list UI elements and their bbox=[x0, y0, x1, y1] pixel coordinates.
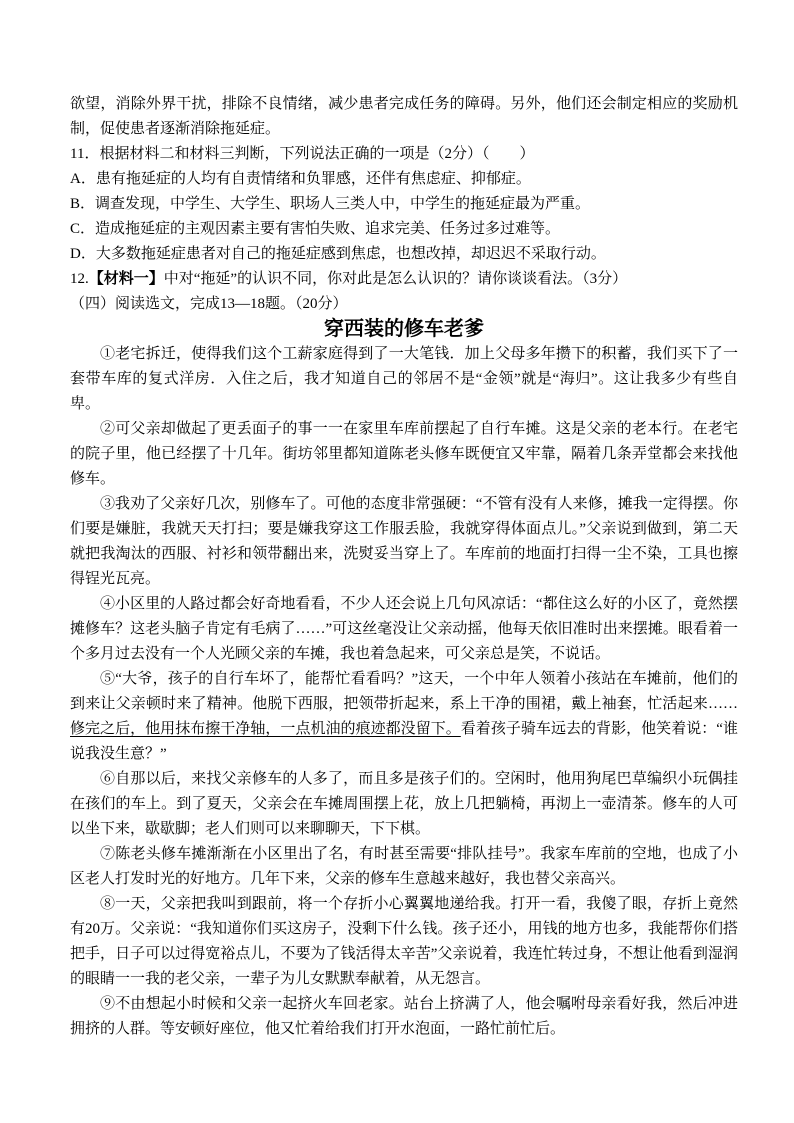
question-11-option-d: D．大多数拖延症患者对自己的拖延症感到焦虑，也想改掉，却迟迟不采取行动。 bbox=[70, 242, 738, 267]
question-11-option-a: A．患有拖延症的人均有自责情绪和负罪感，还伴有焦虑症、抑郁症。 bbox=[70, 167, 738, 192]
paragraph-text: ④小区里的人路过都会好奇地看看，不少人还会说上几句风凉话：“都住这么好的小区了，… bbox=[70, 596, 738, 662]
question-11-stem: 11．根据材料二和材料三判断，下列说法正确的一项是（2分）（ ） bbox=[70, 142, 738, 167]
paragraph-text: ⑥自那以后，来找父亲修车的人多了，而且多是孩子们的。空闲时，他用狗尾巴草编织小玩… bbox=[70, 771, 738, 837]
question-12-material-ref: 【材料一】 bbox=[89, 271, 164, 287]
question-12-text: 中对“拖延”的认识不同，你对此是怎么认识的？请你谈谈看法。（3分） bbox=[164, 271, 627, 287]
essay-paragraph: ⑧一天，父亲把我叫到跟前，将一个存折小心翼翼地递给我。打开一看，我傻了眼，存折上… bbox=[70, 892, 738, 992]
question-11-option-b: B．调查发现，中学生、大学生、职场人三类人中，中学生的拖延症最为严重。 bbox=[70, 192, 738, 217]
paragraph-text: ②可父亲却做起了更丢面子的事一一在家里车库前摆起了自行车摊。这是父亲的老本行。在… bbox=[70, 421, 738, 487]
continuation-paragraph: 欲望，消除外界干扰，排除不良情绪，减少患者完成任务的障碍。另外，他们还会制定相应… bbox=[70, 92, 738, 142]
essay-title: 穿西装的修车老爹 bbox=[70, 317, 738, 342]
paragraph-text: ⑤“大爷，孩子的自行车坏了，能帮忙看看吗？”这天，一个中年人领着小孩站在车摊前，… bbox=[70, 671, 738, 712]
essay-paragraph: ⑨不由想起小时候和父亲一起挤火车回老家。站台上挤满了人，他会嘱咐母亲看好我，然后… bbox=[70, 992, 738, 1042]
essay-paragraph: ③我劝了父亲好几次，别修车了。可他的态度非常强硬：“不管有没有人来修，摊我一定得… bbox=[70, 492, 738, 592]
section-four-heading: （四）阅读选文，完成13—18题。（20分） bbox=[70, 292, 738, 317]
question-12-number: 12. bbox=[70, 271, 89, 287]
essay-body: ①老宅拆迁，使得我们这个工薪家庭得到了一大笔钱．加上父母多年攒下的积蓄，我们买下… bbox=[70, 342, 738, 1042]
paragraph-text: ⑨不由想起小时候和父亲一起挤火车回老家。站台上挤满了人，他会嘱咐母亲看好我，然后… bbox=[70, 996, 738, 1037]
paragraph-text: ①老宅拆迁，使得我们这个工薪家庭得到了一大笔钱．加上父母多年攒下的积蓄，我们买下… bbox=[70, 346, 738, 412]
underlined-sentence: 修完之后，他用抹布擦干净轴，一点机油的痕迹都没留下。 bbox=[70, 721, 461, 737]
essay-paragraph: ④小区里的人路过都会好奇地看看，不少人还会说上几句风凉话：“都住这么好的小区了，… bbox=[70, 592, 738, 667]
essay-paragraph: ⑤“大爷，孩子的自行车坏了，能帮忙看看吗？”这天，一个中年人领着小孩站在车摊前，… bbox=[70, 667, 738, 767]
essay-paragraph: ⑥自那以后，来找父亲修车的人多了，而且多是孩子们的。空闲时，他用狗尾巴草编织小玩… bbox=[70, 767, 738, 842]
exam-document-page: 欲望，消除外界干扰，排除不良情绪，减少患者完成任务的障碍。另外，他们还会制定相应… bbox=[0, 0, 794, 1123]
paragraph-text: ⑧一天，父亲把我叫到跟前，将一个存折小心翼翼地递给我。打开一看，我傻了眼，存折上… bbox=[70, 896, 738, 987]
question-11-option-c: C．造成拖延症的主观因素主要有害怕失败、追求完美、任务过多过难等。 bbox=[70, 217, 738, 242]
essay-paragraph: ⑦陈老头修车摊渐渐在小区里出了名，有时甚至需要“排队挂号”。我家车库前的空地，也… bbox=[70, 842, 738, 892]
essay-paragraph: ②可父亲却做起了更丢面子的事一一在家里车库前摆起了自行车摊。这是父亲的老本行。在… bbox=[70, 417, 738, 492]
paragraph-text: ③我劝了父亲好几次，别修车了。可他的态度非常强硬：“不管有没有人来修，摊我一定得… bbox=[70, 496, 738, 587]
essay-paragraph: ①老宅拆迁，使得我们这个工薪家庭得到了一大笔钱．加上父母多年攒下的积蓄，我们买下… bbox=[70, 342, 738, 417]
paragraph-text: ⑦陈老头修车摊渐渐在小区里出了名，有时甚至需要“排队挂号”。我家车库前的空地，也… bbox=[70, 846, 738, 887]
question-12: 12.【材料一】中对“拖延”的认识不同，你对此是怎么认识的？请你谈谈看法。（3分… bbox=[70, 267, 738, 292]
